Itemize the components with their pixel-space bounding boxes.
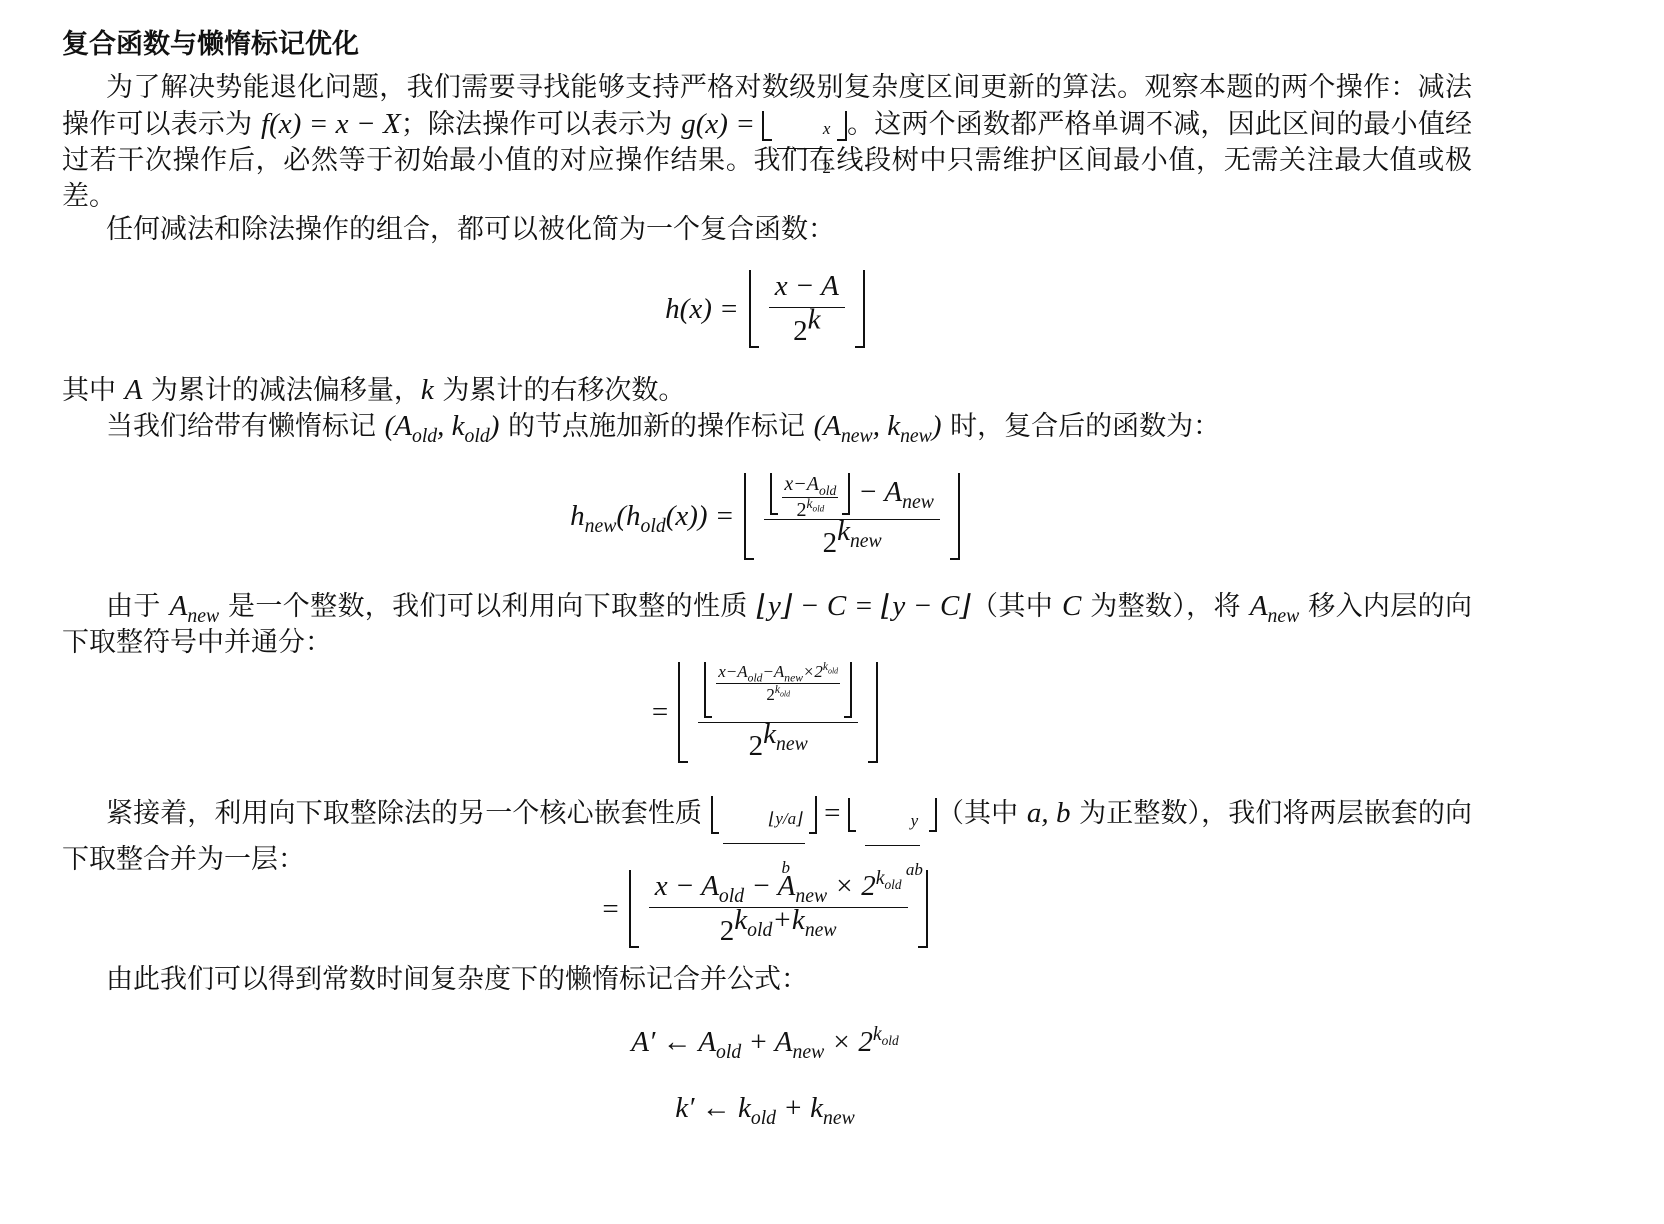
equation-h: h(x) = x − A 2k	[0, 268, 1530, 350]
math-g-lhs: g(x) =	[681, 108, 762, 140]
eq3-outer-floor: x−Aold−Anew×2kold2kold 2knew	[678, 662, 878, 763]
paragraph-where: 其中 A 为累计的减法偏移量，k 为累计的右移次数。	[62, 372, 1472, 409]
paragraph-floor-property: 由于 Anew 是一个整数，我们可以利用向下取整的性质 ⌊y⌋ − C = ⌊y…	[62, 588, 1472, 661]
paragraph-composite: 任何减法和除法操作的组合，都可以被化简为一个复合函数：	[62, 212, 1472, 248]
document-page: 复合函数与懒惰标记优化 为了解决势能退化问题，我们需要寻找能够支持严格对数级别复…	[0, 0, 1664, 1224]
text: ；除法操作可以表示为	[401, 109, 682, 140]
math-f: f(x) = x − X	[261, 108, 401, 140]
equation-h-new: hnew(hold(x)) = x−Aold2kold − Anew 2knew	[0, 470, 1530, 562]
eq1-floor: x − A 2k	[749, 270, 865, 348]
math-g-floor: x2	[762, 111, 847, 141]
equation-single-floor: = x − Aold − Anew × 2kold 2kold+knew	[0, 872, 1530, 946]
equation-merged-inner: = x−Aold−Anew×2kold2kold 2knew	[0, 658, 1530, 766]
eq2-outer-floor: x−Aold2kold − Anew 2knew	[744, 473, 959, 560]
section-title: 复合函数与懒惰标记优化	[62, 22, 359, 61]
paragraph-result: 由此我们可以得到常数时间复杂度下的懒惰标记合并公式：	[62, 962, 1472, 998]
eq4-floor: x − Aold − Anew × 2kold 2kold+knew	[629, 870, 928, 948]
paragraph-lazy-tag: 当我们给带有懒惰标记 (Aold, kold) 的节点施加新的操作标记 (Ane…	[62, 408, 1472, 445]
equation-k-update: k′ ← kold + knew	[0, 1084, 1530, 1132]
paragraph-intro: 为了解决势能退化问题，我们需要寻找能够支持严格对数级别复杂度区间更新的算法。观察…	[62, 70, 1472, 215]
equation-A-update: A′ ← Aold + Anew × 2kold	[0, 1018, 1530, 1066]
eq1-lhs: h(x) =	[665, 293, 739, 326]
